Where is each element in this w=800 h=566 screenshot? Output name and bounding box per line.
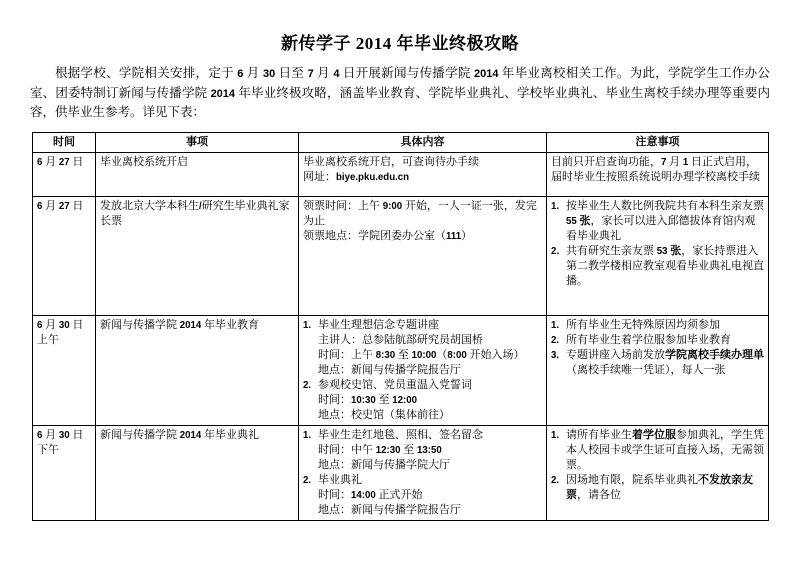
text-line: 地点：新闻与传播学院大厅 bbox=[318, 458, 542, 473]
table-row: 6 月 27 日发放北京大学本科生/研究生毕业典礼家长票领票时间：上午 9:00… bbox=[33, 196, 769, 315]
text-line: 时间：上午 8:30 至 10:00（8:00 开始入场） bbox=[318, 348, 542, 363]
text-line: 毕业离校系统开启，可查询待办手续 bbox=[303, 155, 542, 170]
text-line: 因场地有限，院系毕业典礼不发放亲友票，请各位 bbox=[566, 473, 764, 503]
list-number: 1. bbox=[551, 318, 566, 333]
list-item: 2.共有研究生亲友票 53 张，家长持票进入第二教学楼相应教室观看毕业典礼电视直… bbox=[551, 244, 764, 289]
table-row: 6 月 30 日上午新闻与传播学院 2014 年毕业教育1.毕业生理想信念专题讲… bbox=[33, 315, 769, 425]
list-item: 1.所有毕业生无特殊原因均须参加 bbox=[551, 318, 764, 333]
header-cell-item: 事项 bbox=[96, 132, 299, 152]
notes-cell: 目前只开启查询功能，7 月 1 日正式启用，届时毕业生按照系统说明办理学校离校手… bbox=[547, 152, 769, 196]
time-cell: 6 月 27 日 bbox=[33, 152, 96, 196]
text-line: 所有毕业生无特殊原因均须参加 bbox=[566, 318, 764, 333]
text-line: 目前只开启查询功能，7 月 1 日正式启用，届时毕业生按照系统说明办理学校离校手… bbox=[551, 155, 764, 185]
list-item: 2.因场地有限，院系毕业典礼不发放亲友票，请各位 bbox=[551, 473, 764, 503]
list-number: 2. bbox=[551, 473, 566, 503]
list-number: 2. bbox=[551, 333, 566, 348]
schedule-table: 时间 事项 具体内容 注意事项 6 月 27 日毕业离校系统开启毕业离校系统开启… bbox=[32, 132, 769, 521]
item-cell: 新闻与传播学院 2014 年毕业典礼 bbox=[96, 425, 299, 520]
text-line: 领票地点：学院团委办公室（111） bbox=[303, 229, 542, 244]
list-item: 1.毕业生理想信念专题讲座主讲人：总参陆航部研究员胡国桥时间：上午 8:30 至… bbox=[303, 318, 542, 378]
text-line: 时间：14:00 正式开始 bbox=[318, 488, 542, 503]
content-cell: 领票时间：上午 9:00 开始，一人一证一张，发完为止领票地点：学院团委办公室（… bbox=[299, 196, 547, 315]
table-row: 6 月 30 日下午新闻与传播学院 2014 年毕业典礼1.毕业生走红地毯、照相… bbox=[33, 425, 769, 520]
time-cell: 6 月 30 日上午 bbox=[33, 315, 96, 425]
list-item: 1.毕业生走红地毯、照相、签名留念时间：中午 12:30 至 13:50地点：新… bbox=[303, 428, 542, 473]
list-item: 2.所有毕业生着学位服参加毕业教育 bbox=[551, 333, 764, 348]
text-line: 毕业生走红地毯、照相、签名留念 bbox=[318, 428, 542, 443]
list-number: 1. bbox=[551, 428, 566, 473]
text-line: 地点：校史馆（集体前往） bbox=[318, 408, 542, 423]
list-item: 2.毕业典礼时间：14:00 正式开始地点：新闻与传播学院报告厅 bbox=[303, 473, 542, 518]
text-line: 共有研究生亲友票 53 张，家长持票进入第二教学楼相应教室观看毕业典礼电视直播。 bbox=[566, 244, 764, 289]
content-cell: 1.毕业生走红地毯、照相、签名留念时间：中午 12:30 至 13:50地点：新… bbox=[299, 425, 547, 520]
text-line: 专题讲座入场前发放学院离校手续办理单（离校手续唯一凭证），每人一张 bbox=[566, 348, 764, 378]
header-cell-time: 时间 bbox=[33, 132, 96, 152]
table-row: 6 月 27 日毕业离校系统开启毕业离校系统开启，可查询待办手续网址：biye.… bbox=[33, 152, 769, 196]
text-line: 时间：中午 12:30 至 13:50 bbox=[318, 443, 542, 458]
list-number: 1. bbox=[303, 318, 318, 378]
text-line: 毕业典礼 bbox=[318, 473, 542, 488]
item-cell: 毕业离校系统开启 bbox=[96, 152, 299, 196]
time-cell: 6 月 27 日 bbox=[33, 196, 96, 315]
text-line: 地点：新闻与传播学院报告厅 bbox=[318, 363, 542, 378]
text-line: 所有毕业生着学位服参加毕业教育 bbox=[566, 333, 764, 348]
table-header-row: 时间 事项 具体内容 注意事项 bbox=[33, 132, 769, 152]
text-line: 地点：新闻与传播学院报告厅 bbox=[318, 503, 542, 518]
text-line: 参观校史馆、党员重温入党誓词 bbox=[318, 378, 542, 393]
list-number: 1. bbox=[551, 199, 566, 244]
list-number: 1. bbox=[303, 428, 318, 473]
intro-paragraph: 根据学校、学院相关安排，定于 6 月 30 日至 7 月 4 日开展新闻与传播学… bbox=[30, 64, 770, 122]
text-line: 主讲人：总参陆航部研究员胡国桥 bbox=[318, 333, 542, 348]
list-number: 2. bbox=[303, 473, 318, 518]
list-number: 2. bbox=[303, 378, 318, 423]
text-line: 时间：10:30 至 12:00 bbox=[318, 393, 542, 408]
list-number: 2. bbox=[551, 244, 566, 289]
time-cell: 6 月 30 日下午 bbox=[33, 425, 96, 520]
list-item: 3.专题讲座入场前发放学院离校手续办理单（离校手续唯一凭证），每人一张 bbox=[551, 348, 764, 378]
list-number: 3. bbox=[551, 348, 566, 378]
item-cell: 发放北京大学本科生/研究生毕业典礼家长票 bbox=[96, 196, 299, 315]
text-line: 毕业生理想信念专题讲座 bbox=[318, 318, 542, 333]
notes-cell: 1.所有毕业生无特殊原因均须参加2.所有毕业生着学位服参加毕业教育3.专题讲座入… bbox=[547, 315, 769, 425]
list-item: 2.参观校史馆、党员重温入党誓词时间：10:30 至 12:00地点：校史馆（集… bbox=[303, 378, 542, 423]
content-cell: 毕业离校系统开启，可查询待办手续网址：biye.pku.edu.cn bbox=[299, 152, 547, 196]
header-cell-notes: 注意事项 bbox=[547, 132, 769, 152]
text-line: 请所有毕业生着学位服参加典礼，学生凭本人校园卡或学生证可直接入场，无需领票。 bbox=[566, 428, 764, 473]
text-line: 领票时间：上午 9:00 开始，一人一证一张，发完为止 bbox=[303, 199, 542, 229]
page-title: 新传学子 2014 年毕业终极攻略 bbox=[30, 0, 770, 56]
text-line: 按毕业生人数比例我院共有本科生亲友票 55 张，家长可以进入邱德拔体育馆内观看毕… bbox=[566, 199, 764, 244]
list-item: 1.请所有毕业生着学位服参加典礼，学生凭本人校园卡或学生证可直接入场，无需领票。 bbox=[551, 428, 764, 473]
item-cell: 新闻与传播学院 2014 年毕业教育 bbox=[96, 315, 299, 425]
header-cell-content: 具体内容 bbox=[299, 132, 547, 152]
list-item: 1.按毕业生人数比例我院共有本科生亲友票 55 张，家长可以进入邱德拔体育馆内观… bbox=[551, 199, 764, 244]
text-line: 网址：biye.pku.edu.cn bbox=[303, 170, 542, 185]
notes-cell: 1.请所有毕业生着学位服参加典礼，学生凭本人校园卡或学生证可直接入场，无需领票。… bbox=[547, 425, 769, 520]
notes-cell: 1.按毕业生人数比例我院共有本科生亲友票 55 张，家长可以进入邱德拔体育馆内观… bbox=[547, 196, 769, 315]
document-page: 新传学子 2014 年毕业终极攻略 根据学校、学院相关安排，定于 6 月 30 … bbox=[0, 0, 800, 521]
content-cell: 1.毕业生理想信念专题讲座主讲人：总参陆航部研究员胡国桥时间：上午 8:30 至… bbox=[299, 315, 547, 425]
